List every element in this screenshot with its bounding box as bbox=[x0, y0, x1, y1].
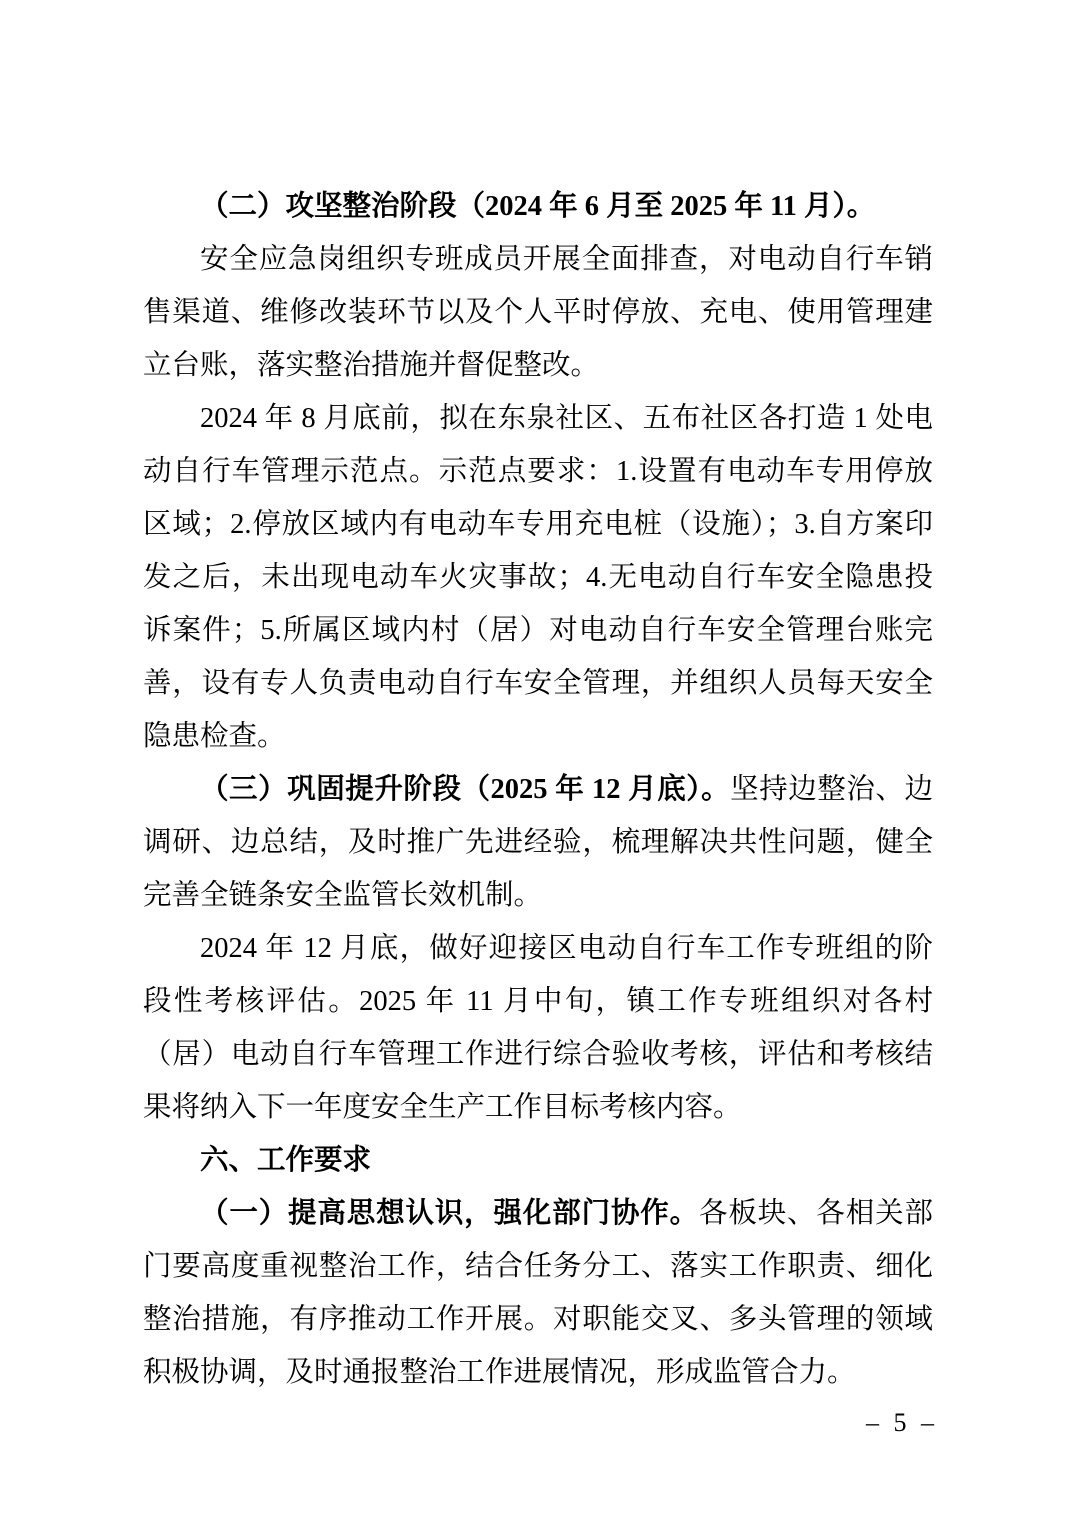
document-body: （二）攻坚整治阶段（2024 年 6 月至 2025 年 11 月）。 安全应急… bbox=[143, 180, 933, 1399]
bold-run: （一）提高思想认识，强化部门协作。 bbox=[200, 1198, 699, 1229]
text-run: 2024 年 12 月底，做好迎接区电动自行车工作专班组的阶段性考核评估。202… bbox=[143, 933, 933, 1123]
paragraph-stage-2-heading: （二）攻坚整治阶段（2024 年 6 月至 2025 年 11 月）。 bbox=[143, 180, 933, 233]
paragraph-inspection: 安全应急岗组织专班成员开展全面排查，对电动自行车销售渠道、维修改装环节以及个人平… bbox=[143, 233, 933, 392]
page-number: – 5 – bbox=[866, 1408, 938, 1438]
paragraph-requirement-1: （一）提高思想认识，强化部门协作。各板块、各相关部门要高度重视整治工作，结合任务… bbox=[143, 1187, 933, 1399]
paragraph-stage-3-heading: （三）巩固提升阶段（2025 年 12 月底）。坚持边整治、边调研、边总结，及时… bbox=[143, 763, 933, 922]
section-heading-work-requirements: 六、工作要求 bbox=[143, 1134, 933, 1187]
bold-run: （二）攻坚整治阶段（2024 年 6 月至 2025 年 11 月）。 bbox=[200, 191, 875, 222]
text-run: 安全应急岗组织专班成员开展全面排查，对电动自行车销售渠道、维修改装环节以及个人平… bbox=[143, 244, 933, 381]
bold-run: （三）巩固提升阶段（2025 年 12 月底）。 bbox=[200, 774, 730, 805]
paragraph-assessment: 2024 年 12 月底，做好迎接区电动自行车工作专班组的阶段性考核评估。202… bbox=[143, 922, 933, 1134]
paragraph-demonstration-sites: 2024 年 8 月底前，拟在东泉社区、五布社区各打造 1 处电动自行车管理示范… bbox=[143, 392, 933, 763]
text-run: 2024 年 8 月底前，拟在东泉社区、五布社区各打造 1 处电动自行车管理示范… bbox=[143, 403, 933, 752]
